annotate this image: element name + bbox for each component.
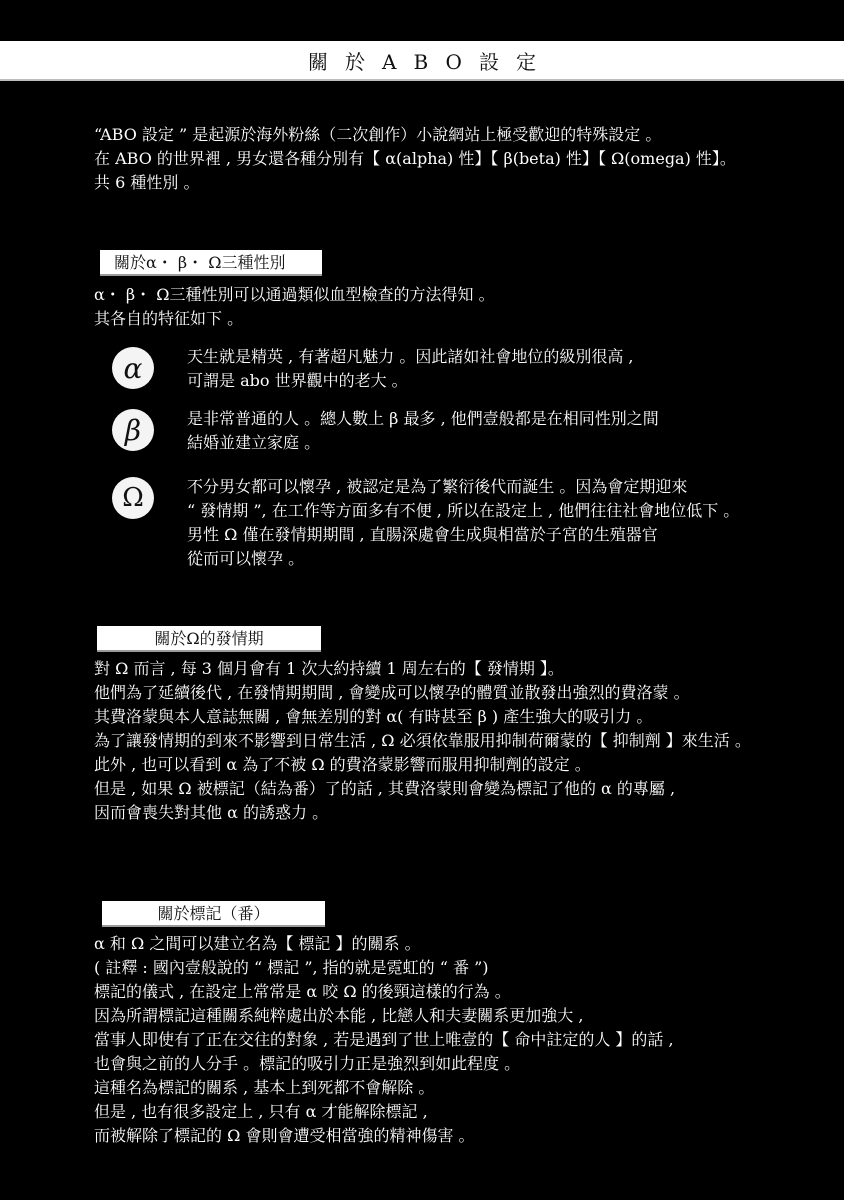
- description-line: 可謂是 abo 世界觀中的老大 。: [187, 369, 634, 393]
- gender-item-alpha: α 天生就是精英 , 有著超凡魅力 。因此諸如社會地位的級別很高 , 可謂是 a…: [112, 345, 634, 393]
- gender-description: 天生就是精英 , 有著超凡魅力 。因此諸如社會地位的級別很高 , 可謂是 abo…: [187, 345, 634, 393]
- gender-item-omega: Ω 不分男女都可以懷孕 , 被認定是為了繁衍後代而誕生 。因為會定期迎來 “ 發…: [112, 475, 739, 571]
- omega-icon: Ω: [112, 477, 154, 519]
- mark-line: 但是 , 也有很多設定上 , 只有 α 才能解除標記 ,: [94, 1100, 674, 1124]
- description-line: 從而可以懷孕 。: [187, 547, 739, 571]
- heat-line: 對 Ω 而言 , 每 3 個月會有 1 次大約持續 1 周左右的【 發情期 】。: [94, 657, 751, 681]
- mark-line: 這種名為標記的關系 , 基本上到死都不會解除 。: [94, 1076, 674, 1100]
- gender-description: 是非常普通的人 。總人數上 β 最多 , 他們壹般都是在相同性別之間 結婚並建立…: [187, 407, 659, 455]
- description-line: 是非常普通的人 。總人數上 β 最多 , 他們壹般都是在相同性別之間: [187, 407, 659, 431]
- section-heading-mark: 關於標記（番）: [102, 901, 325, 927]
- description-line: 天生就是精英 , 有著超凡魅力 。因此諸如社會地位的級別很高 ,: [187, 345, 634, 369]
- intro-line: “ABO 設定 ” 是起源於海外粉絲（二次創作）小說網站上極受歡迎的特殊設定 。: [94, 123, 736, 147]
- beta-icon: β: [112, 409, 154, 451]
- mark-paragraph: α 和 Ω 之間可以建立名為【 標記 】的關系 。 ( 註釋 : 國內壹般說的 …: [94, 932, 674, 1148]
- description-line: “ 發情期 ”, 在工作等方面多有不便 , 所以在設定上 , 他們往往社會地位低…: [187, 499, 739, 523]
- intro-paragraph: “ABO 設定 ” 是起源於海外粉絲（二次創作）小說網站上極受歡迎的特殊設定 。…: [94, 123, 736, 195]
- heat-line: 因而會喪失對其他 α 的誘惑力 。: [94, 801, 751, 825]
- gender-description: 不分男女都可以懷孕 , 被認定是為了繁衍後代而誕生 。因為會定期迎來 “ 發情期…: [187, 475, 739, 571]
- section-heading-text: 關於Ω的發情期: [154, 629, 263, 648]
- section-heading-genders: 關於α・ β・ Ω三種性別: [100, 250, 322, 276]
- mark-line: α 和 Ω 之間可以建立名為【 標記 】的關系 。: [94, 932, 674, 956]
- section-heading-text: 關於α・ β・ Ω三種性別: [114, 253, 286, 272]
- page-title: 關於ABO設定: [291, 46, 553, 75]
- heat-line: 為了讓發情期的到來不影響到日常生活 , Ω 必須依靠服用抑制荷爾蒙的【 抑制劑 …: [94, 729, 751, 753]
- section-heading-text: 關於標記（番）: [157, 904, 269, 923]
- heat-paragraph: 對 Ω 而言 , 每 3 個月會有 1 次大約持續 1 周左右的【 發情期 】。…: [94, 657, 751, 825]
- mark-line: 也會與之前的人分手 。標記的吸引力正是強烈到如此程度 。: [94, 1052, 674, 1076]
- description-line: 男性 Ω 僅在發情期期間 , 直腸深處會生成與相當於子宮的生殖器官: [187, 523, 739, 547]
- genders-intro-paragraph: α・ β・ Ω三種性別可以通過類似血型檢查的方法得知 。 其各自的特征如下 。: [94, 283, 495, 331]
- intro-line: 在 ABO 的世界裡 , 男女還各種分別有【 α(alpha) 性】【 β(be…: [94, 147, 736, 171]
- description-line: 不分男女都可以懷孕 , 被認定是為了繁衍後代而誕生 。因為會定期迎來: [187, 475, 739, 499]
- alpha-icon: α: [112, 347, 154, 389]
- title-bar: 關於ABO設定: [0, 41, 844, 81]
- mark-line: 因為所謂標記這種關系純粹處出於本能 , 比戀人和夫妻關系更加強大 ,: [94, 1004, 674, 1028]
- genders-intro-line: α・ β・ Ω三種性別可以通過類似血型檢查的方法得知 。: [94, 283, 495, 307]
- heat-line: 但是 , 如果 Ω 被標記（結為番）了的話 , 其費洛蒙則會變為標記了他的 α …: [94, 777, 751, 801]
- mark-line: ( 註釋 : 國內壹般說的 “ 標記 ”, 指的就是霓虹的 “ 番 ”): [94, 956, 674, 980]
- heat-line: 此外 , 也可以看到 α 為了不被 Ω 的費洛蒙影響而服用抑制劑的設定 。: [94, 753, 751, 777]
- mark-line: 當事人即使有了正在交往的對象 , 若是遇到了世上唯壹的【 命中註定的人 】的話 …: [94, 1028, 674, 1052]
- gender-item-beta: β 是非常普通的人 。總人數上 β 最多 , 他們壹般都是在相同性別之間 結婚並…: [112, 407, 659, 455]
- heat-line: 他們為了延續後代 , 在發情期期間 , 會變成可以懷孕的體質並散發出強烈的費洛蒙…: [94, 681, 751, 705]
- mark-line: 而被解除了標記的 Ω 會則會遭受相當強的精神傷害 。: [94, 1124, 674, 1148]
- genders-intro-line: 其各自的特征如下 。: [94, 307, 495, 331]
- heat-line: 其費洛蒙與本人意誌無關 , 會無差別的對 α( 有時甚至 β ) 產生強大的吸引…: [94, 705, 751, 729]
- description-line: 結婚並建立家庭 。: [187, 431, 659, 455]
- intro-line: 共 6 種性別 。: [94, 171, 736, 195]
- section-heading-heat: 關於Ω的發情期: [97, 626, 321, 652]
- mark-line: 標記的儀式 , 在設定上常常是 α 咬 Ω 的後頸這樣的行為 。: [94, 980, 674, 1004]
